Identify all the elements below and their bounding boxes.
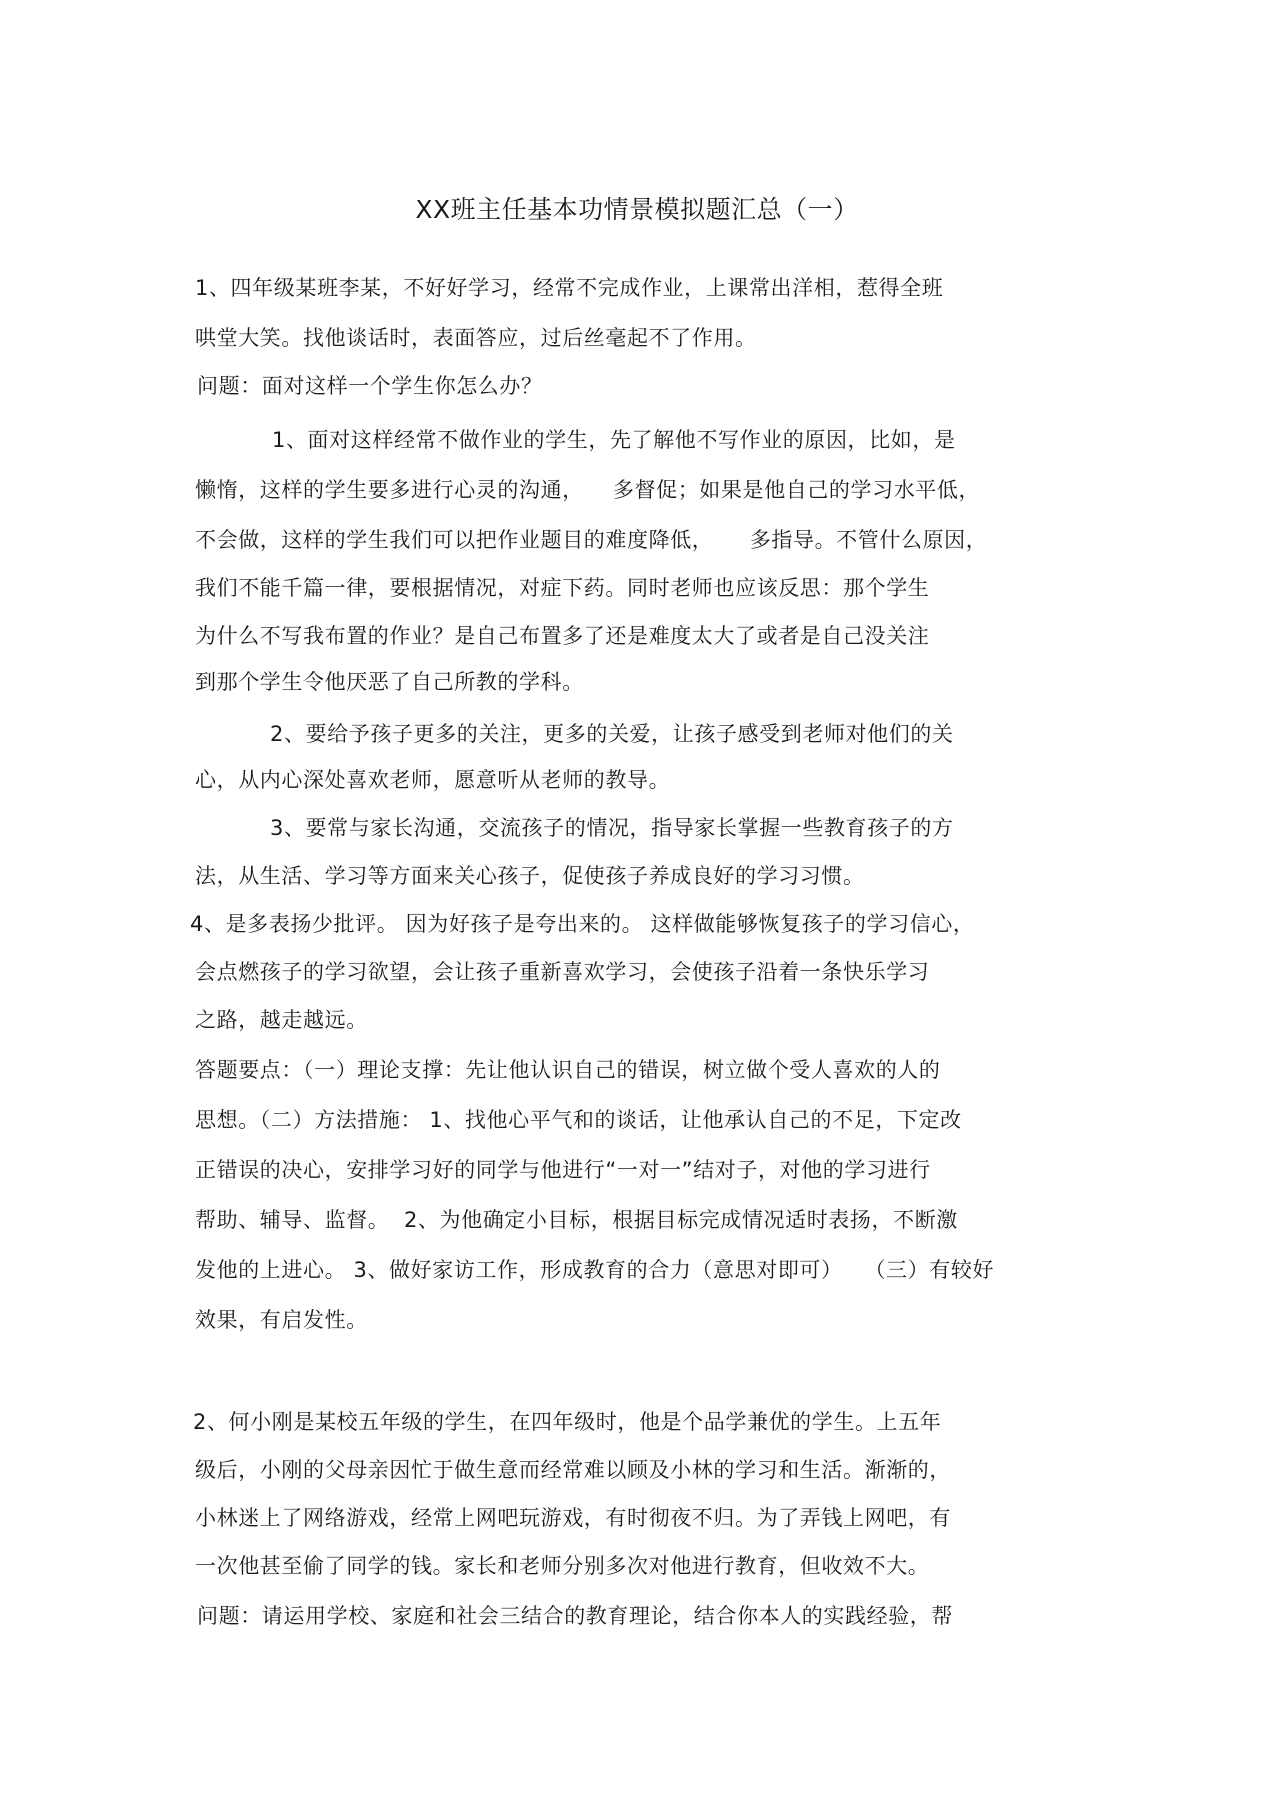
text-line: 效果，有启发性。 (195, 1310, 368, 1331)
text-line: 小林迷上了网络游戏，经常上网吧玩游戏，有时彻夜不归。为了弄钱上网吧，有 (195, 1508, 951, 1529)
text-line: 级后，小刚的父母亲因忙于做生意而经常难以顾及小林的学习和生活。渐渐的， (195, 1460, 951, 1481)
text-line: 思想。（二）方法措施： 1、找他心平气和的谈话，让他承认自己的不足，下定改 (195, 1110, 962, 1131)
text-line: 不会做，这样的学生我们可以把作业题目的难度降低， 多指导。不管什么原因， (195, 530, 987, 551)
text-line: 之路，越走越远。 (195, 1010, 368, 1031)
text-line: 帮助、辅导、监督。 2、为他确定小目标，根据目标完成情况适时表扬，不断激 (195, 1210, 958, 1231)
text-line: 问题：面对这样一个学生你怎么办？ (197, 376, 543, 397)
text-line: 到那个学生令他厌恶了自己所教的学科。 (195, 672, 584, 693)
text-line: 心，从内心深处喜欢老师，愿意听从老师的教导。 (195, 770, 670, 791)
document-title: XX班主任基本功情景模拟题汇总（一） (0, 190, 1274, 226)
text-line: 法，从生活、学习等方面来关心孩子，促使孩子养成良好的学习习惯。 (195, 866, 865, 887)
text-line: 发他的上进心。 3、做好家访工作，形成教育的合力（意思对即可） （三）有较好 (195, 1260, 994, 1281)
text-line: 1、四年级某班李某，不好好学习，经常不完成作业，上课常出洋相，惹得全班 (195, 278, 943, 299)
text-line: 1、面对这样经常不做作业的学生，先了解他不写作业的原因，比如，是 (272, 430, 956, 451)
text-line: 4、是多表扬少批评。 因为好孩子是夸出来的。 这样做能够恢复孩子的学习信心， (190, 914, 975, 935)
text-line: 懒惰，这样的学生要多进行心灵的沟通， 多督促；如果是他自己的学习水平低， (195, 480, 980, 501)
text-line: 哄堂大笑。找他谈话时，表面答应，过后丝毫起不了作用。 (195, 328, 757, 349)
text-line: 会点燃孩子的学习欲望，会让孩子重新喜欢学习，会使孩子沿着一条快乐学习 (195, 962, 929, 983)
text-line: 一次他甚至偷了同学的钱。家长和老师分别多次对他进行教育，但收效不大。 (195, 1556, 929, 1577)
text-line: 答题要点：（一）理论支撑：先让他认识自己的错误，树立做个受人喜欢的人的 (195, 1060, 941, 1081)
text-line: 正错误的决心，安排学习好的同学与他进行“一对一”结对子，对他的学习进行 (195, 1160, 931, 1181)
text-line: 问题：请运用学校、家庭和社会三结合的教育理论，结合你本人的实践经验，帮 (197, 1606, 953, 1627)
text-line: 2、何小刚是某校五年级的学生，在四年级时，他是个品学兼优的学生。上五年 (193, 1412, 941, 1433)
text-line: 我们不能千篇一律，要根据情况，对症下药。同时老师也应该反思：那个学生 (195, 578, 929, 599)
text-line: 2、要给予孩子更多的关注，更多的关爱，让孩子感受到老师对他们的关 (270, 724, 954, 745)
text-line: 为什么不写我布置的作业？是自己布置多了还是难度太大了或者是自己没关注 (195, 626, 929, 647)
text-line: 3、要常与家长沟通，交流孩子的情况，指导家长掌握一些教育孩子的方 (270, 818, 954, 839)
